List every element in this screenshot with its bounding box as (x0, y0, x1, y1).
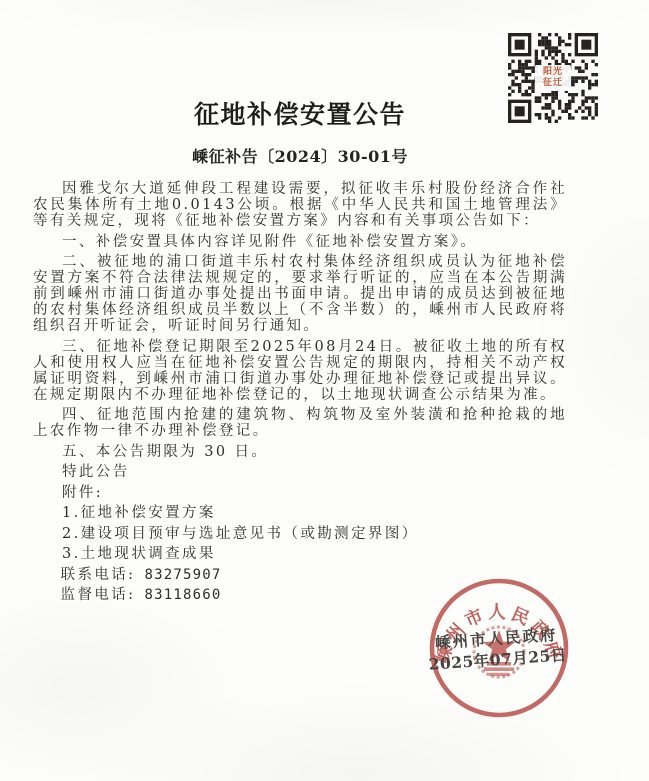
attachment-3: 3.土地现状调查成果 (33, 546, 567, 562)
attachment-1: 1.征地补偿安置方案 (33, 505, 567, 521)
item-2: 二、被征地的浦口街道丰乐村农村集体经济组织成员认为征地补偿安置方案不符合法律法规… (33, 254, 567, 334)
page-title: 征地补偿安置公告 (33, 95, 567, 131)
item-4: 四、征地范围内抢建的建筑物、构筑物及室外装潢和抢种抢栽的地上农作物一律不办理补偿… (33, 407, 567, 439)
doc-number: 嵊征补告〔2024〕30-01号 (33, 144, 567, 167)
qr-label-line2: 征迁 (543, 78, 563, 89)
item-1: 一、补偿安置具体内容详见附件《征地补偿安置方案》。 (33, 234, 567, 250)
notice-body: 因雅戈尔大道延伸段工程建设需要，拟征收丰乐村股份经济合作社农民集体所有土地0.0… (33, 181, 567, 608)
attachment-2: 2.建设项目预审与选址意见书（或勘测定界图） (33, 526, 567, 542)
closing-line: 特此公告 (33, 464, 567, 480)
supervise-phone-number: 83118660 (135, 587, 221, 603)
item-5: 五、本公告期限为 30 日。 (33, 444, 567, 460)
qr-label-line1: 阳光 (543, 67, 563, 78)
scanned-notice-page: 阳光 征迁 征地补偿安置公告 嵊征补告〔2024〕30-01号 因雅戈尔大道延伸… (0, 0, 649, 781)
qr-center-label: 阳光 征迁 (535, 65, 571, 91)
seal-emblem-bar-3 (489, 673, 509, 676)
supervise-phone-label: 监督电话: (61, 587, 136, 603)
attachments-label: 附件: (33, 485, 567, 501)
contact-phone-label: 联系电话: (61, 567, 136, 583)
item-3: 三、征地补偿登记期限至2025年08月24日。被征收土地的所有权人和使用权人应当… (33, 339, 567, 403)
contact-phone-number: 83275907 (135, 567, 221, 583)
intro-paragraph: 因雅戈尔大道延伸段工程建设需要，拟征收丰乐村股份经济合作社农民集体所有土地0.0… (33, 181, 567, 229)
